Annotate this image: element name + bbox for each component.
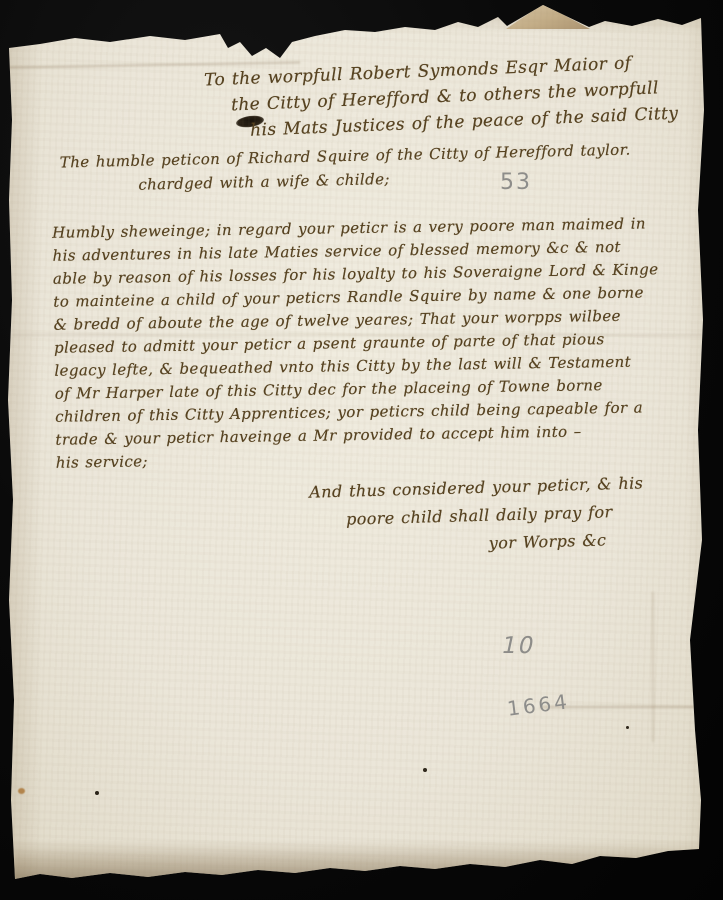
- heading-block: The humble peticon of Richard Squire of …: [60, 138, 632, 199]
- folded-corner: [506, 4, 590, 29]
- pencil-year: 1664: [506, 689, 571, 720]
- ink-speck: [626, 726, 629, 729]
- photo-backdrop: To the worpfull Robert Symonds Esqr Maio…: [0, 0, 723, 900]
- pencil-catalogue-number: 53: [500, 170, 532, 195]
- rust-stain: [18, 788, 25, 794]
- crease-line-vertical: [652, 592, 654, 742]
- manuscript-paper: To the worpfull Robert Symonds Esqr Maio…: [0, 0, 723, 900]
- ink-speck: [95, 791, 99, 795]
- body-block: Humbly sheweinge; in regard your peticr …: [52, 212, 662, 474]
- ink-speck: [423, 768, 427, 772]
- closing-line: yor Worps &c: [488, 525, 645, 557]
- pencil-item-number: 10: [499, 633, 538, 659]
- bottom-edge-grime: [14, 840, 704, 880]
- closing-block: And thus considered your peticr, & his p…: [309, 469, 645, 562]
